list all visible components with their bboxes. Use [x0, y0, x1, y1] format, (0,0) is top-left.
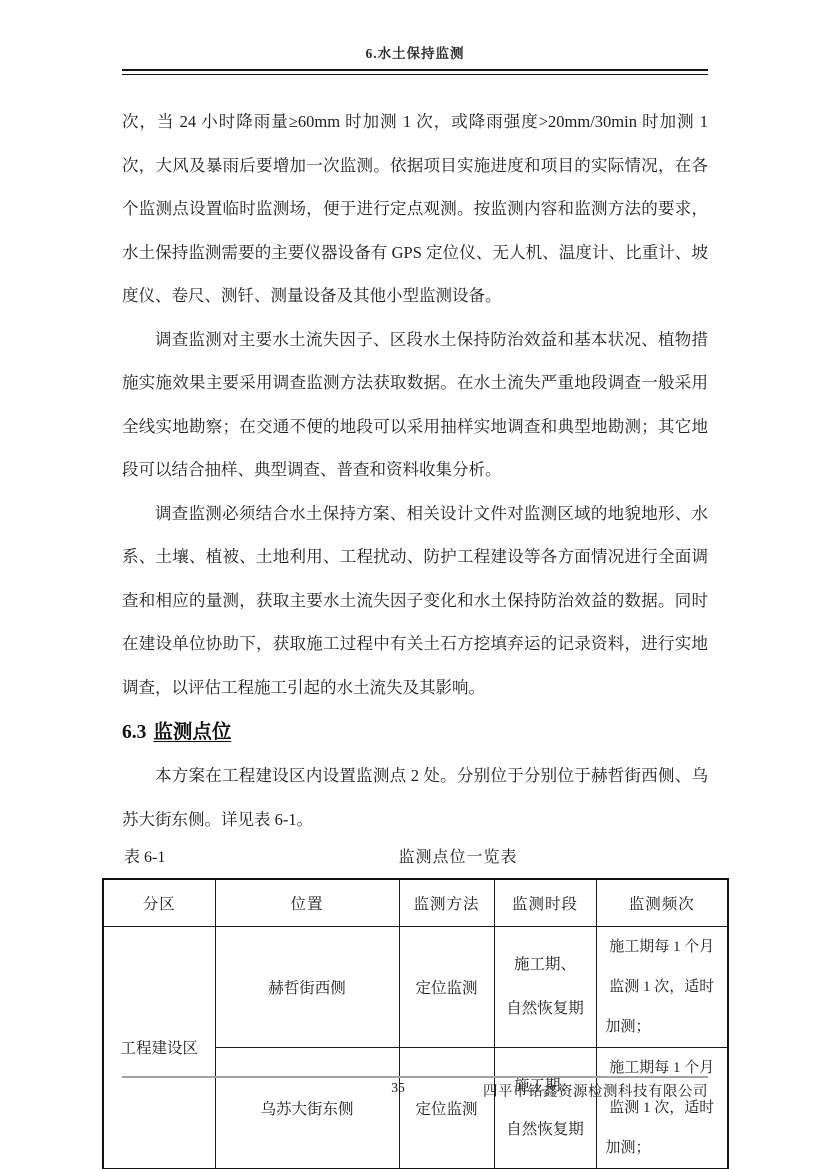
- frequency-cell: 施工期每 1 个月监测 1 次，适时加测；: [596, 1047, 728, 1169]
- table-header-row: 分区 位置 监测方法 监测时段 监测频次: [103, 879, 728, 926]
- frequency-cell: 施工期每 1 个月监测 1 次，适时加测；: [596, 926, 728, 1047]
- column-header-frequency: 监测频次: [596, 879, 728, 926]
- document-page: 6.水土保持监测 次，当 24 小时降雨量≥60mm 时加测 1 次，或降雨强度…: [0, 0, 827, 1169]
- column-header-location: 位置: [215, 879, 399, 926]
- page-body: 次，当 24 小时降雨量≥60mm 时加测 1 次，或降雨强度>20mm/30m…: [122, 100, 708, 1169]
- running-header-title: 6.水土保持监测: [122, 42, 708, 62]
- monitoring-points-table: 分区 位置 监测方法 监测时段 监测频次 工程建设区 赫哲街西侧 定位监测 施工…: [102, 878, 729, 1169]
- table-label: 表 6-1: [124, 842, 165, 874]
- footer-rule: [122, 1076, 708, 1078]
- zone-cell: 工程建设区: [103, 926, 215, 1169]
- table-row: 工程建设区 赫哲街西侧 定位监测 施工期、 自然恢复期 施工期每 1 个月监测 …: [103, 926, 728, 1047]
- header-double-rule: [122, 69, 708, 75]
- period-line: 自然恢复期: [495, 987, 596, 1031]
- section-title: 监测点位: [153, 722, 231, 743]
- section-number: 6.3: [122, 722, 146, 743]
- company-name: 四平市铭鑫资源检测科技有限公司: [483, 1080, 708, 1101]
- page-header: 6.水土保持监测: [122, 42, 708, 75]
- period-line: 施工期、: [495, 943, 596, 987]
- body-paragraph: 调查监测必须结合水土保持方案、相关设计文件对监测区域的地貌地形、水系、土壤、植被…: [122, 492, 708, 710]
- footer-row: 35 四平市铭鑫资源检测科技有限公司: [122, 1080, 708, 1106]
- method-cell: 定位监测: [399, 926, 494, 1047]
- table-caption-row: 表 6-1 监测点位一览表: [122, 842, 708, 878]
- location-cell: 乌苏大街东侧: [215, 1047, 399, 1169]
- location-cell: 赫哲街西侧: [215, 926, 399, 1047]
- method-cell: 定位监测: [399, 1047, 494, 1169]
- column-header-method: 监测方法: [399, 879, 494, 926]
- period-cell: 施工期、 自然恢复期: [494, 926, 596, 1047]
- body-paragraph: 调查监测对主要水土流失因子、区段水土保持防治效益和基本状况、植物措施实施效果主要…: [122, 318, 708, 492]
- period-line: 自然恢复期: [495, 1108, 596, 1152]
- column-header-zone: 分区: [103, 879, 215, 926]
- monitoring-table-wrapper: 分区 位置 监测方法 监测时段 监测频次 工程建设区 赫哲街西侧 定位监测 施工…: [102, 878, 727, 1169]
- page-footer: 35 四平市铭鑫资源检测科技有限公司: [122, 1076, 708, 1106]
- page-number: 35: [391, 1080, 405, 1096]
- body-paragraph: 次，当 24 小时降雨量≥60mm 时加测 1 次，或降雨强度>20mm/30m…: [122, 100, 708, 318]
- body-paragraph: 本方案在工程建设区内设置监测点 2 处。分别位于分别位于赫哲街西侧、乌苏大街东侧…: [122, 754, 708, 841]
- table-caption: 监测点位一览表: [398, 842, 517, 874]
- section-heading: 6.3监测点位: [122, 712, 708, 754]
- column-header-period: 监测时段: [494, 879, 596, 926]
- period-cell: 施工期、 自然恢复期: [494, 1047, 596, 1169]
